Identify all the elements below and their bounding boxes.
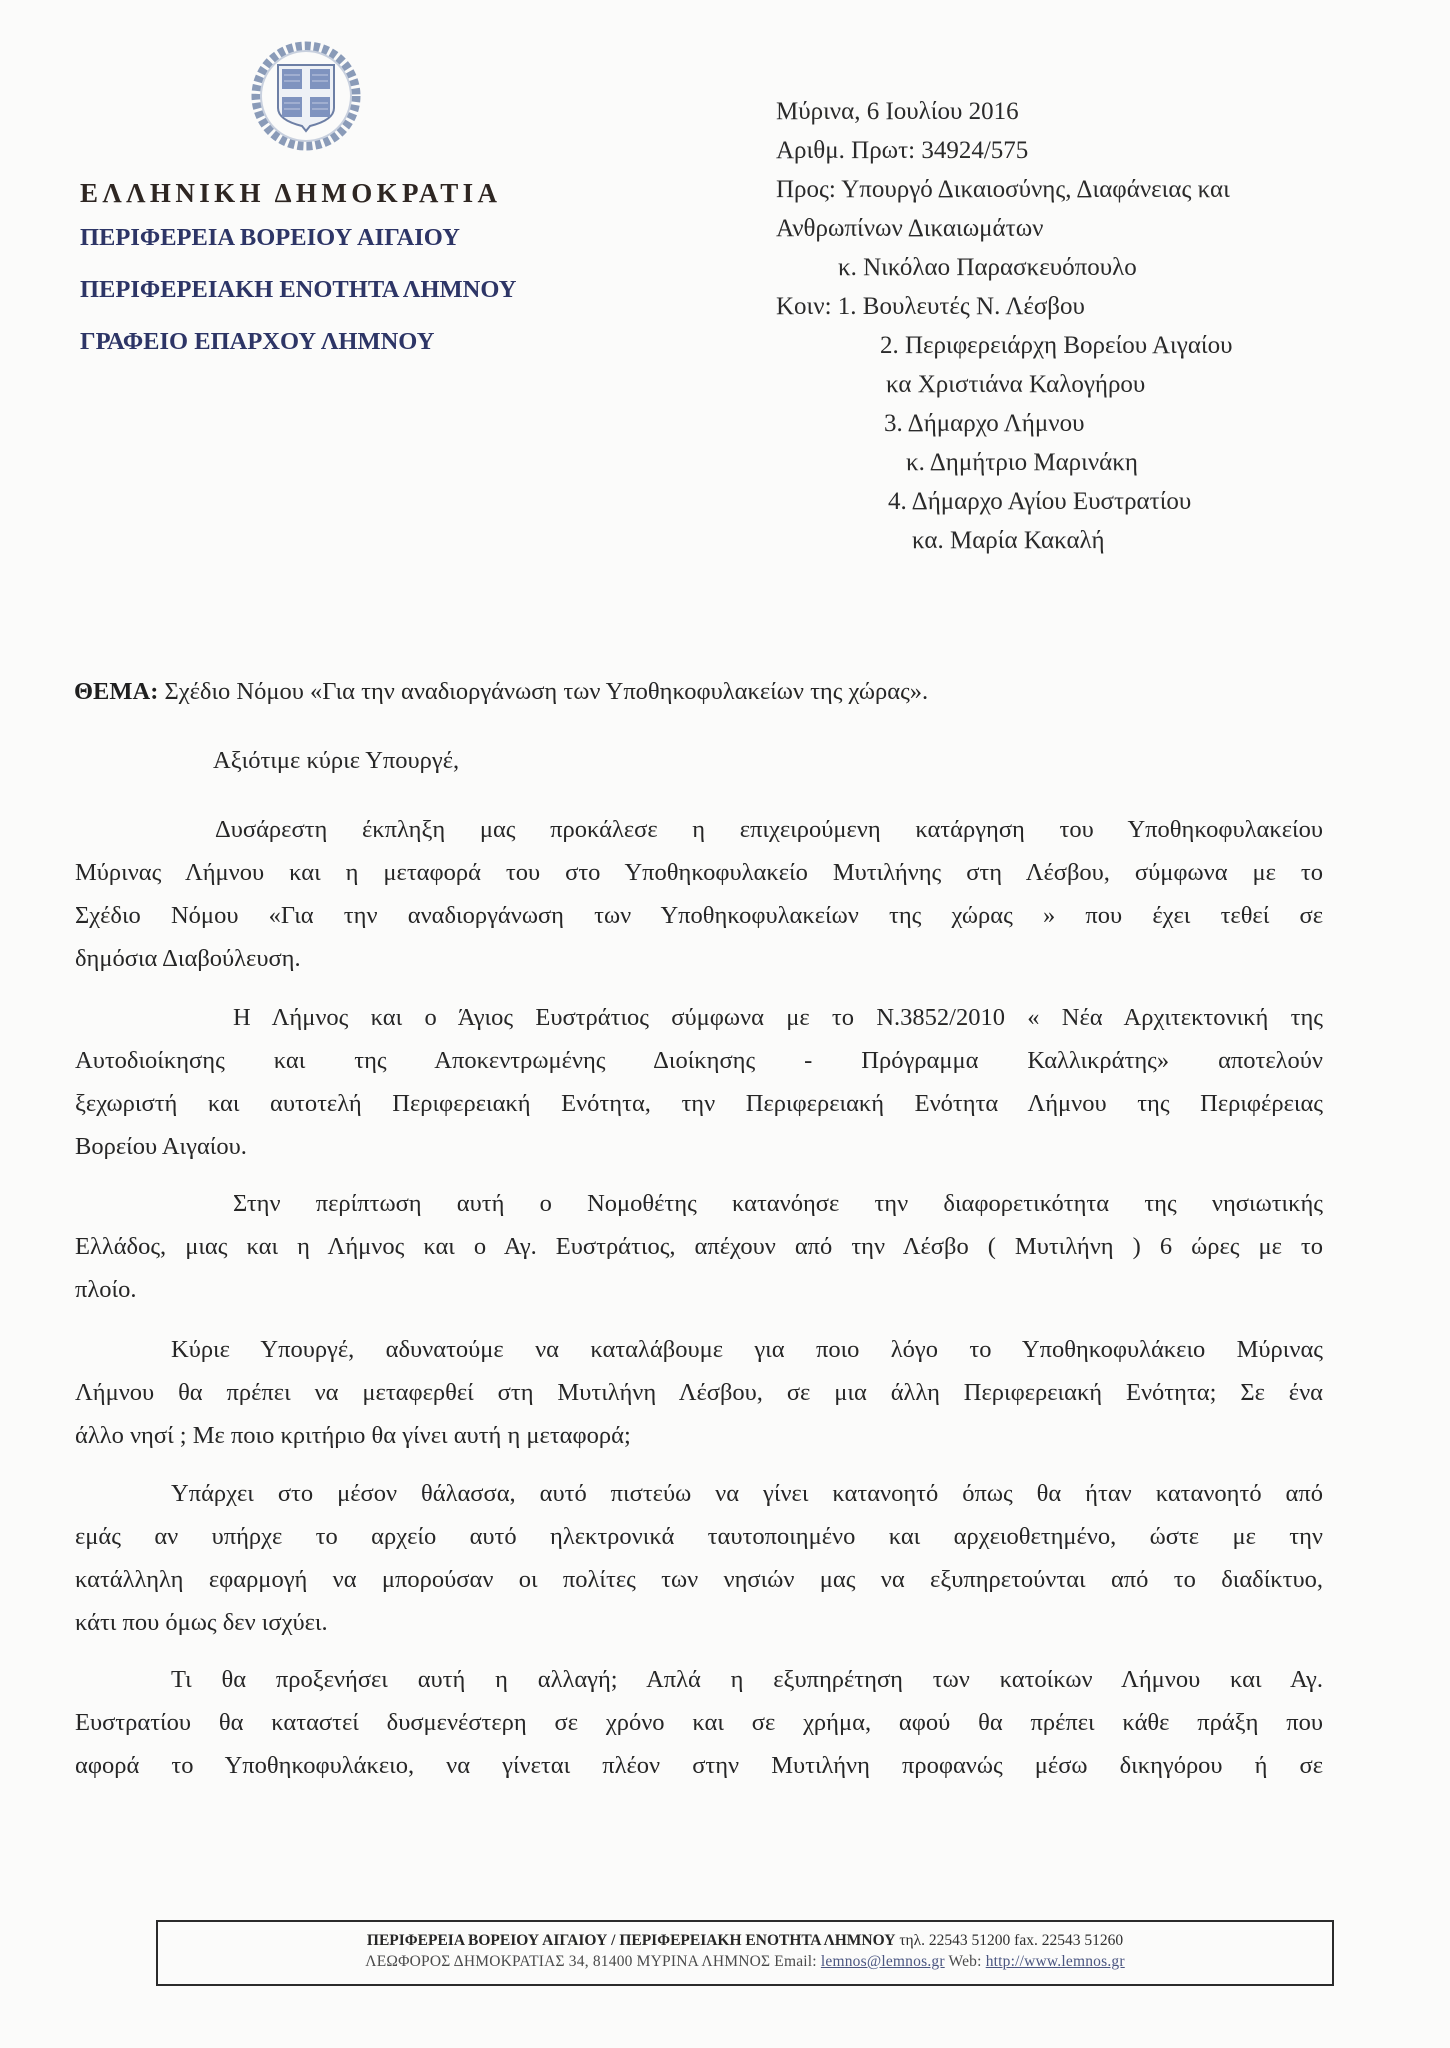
cc-line: 4. Δήμαρχο Αγίου Ευστρατίου (776, 482, 1233, 521)
footer-address: ΛΕΩΦΟΡΟΣ ΔΗΜΟΚΡΑΤΙΑΣ 34, 81400 ΜΥΡΙΝΑ ΛΗ… (365, 1953, 821, 1970)
to-line: Ανθρωπίνων Δικαιωμάτων (776, 209, 1233, 248)
recipient-block: Μύρινα, 6 Ιουλίου 2016 Αριθμ. Πρωτ: 3492… (776, 92, 1233, 560)
body-line: Δυσάρεστη έκπληξη μας προκάλεσε η επιχει… (75, 810, 1323, 850)
body-line: εμάς αν υπήρχε το αρχείο αυτό ηλεκτρονικ… (75, 1517, 1323, 1557)
subject-text: Σχέδιο Νόμου «Για την αναδιοργάνωση των … (158, 678, 928, 705)
body-line: Υπάρχει στο μέσον θάλασσα, αυτό πιστεύω … (75, 1474, 1323, 1514)
regional-unit-name: ΠΕΡΙΦΕΡΕΙΑΚΗ ΕΝΟΤΗΤΑ ΛΗΜΝΟΥ (80, 268, 516, 312)
body-line: Ευστρατίου θα καταστεί δυσμενέστερη σε χ… (75, 1703, 1323, 1743)
body-line: Κύριε Υπουργέ, αδυνατούμε να καταλάβουμε… (75, 1330, 1323, 1370)
subject-label: ΘΕΜΑ: (74, 678, 158, 705)
footer-web-label: Web: (945, 1953, 986, 1970)
cc-line: κ. Δημήτριο Μαρινάκη (776, 443, 1233, 482)
greek-coat-of-arms-icon (248, 38, 364, 154)
body-line: Στην περίπτωση αυτή ο Νομοθέτης κατανόησ… (75, 1184, 1323, 1224)
to-line: Προς: Υπουργό Δικαιοσύνης, Διαφάνειας κα… (776, 170, 1233, 209)
to-line: κ. Νικόλαο Παρασκευόπουλο (776, 248, 1233, 287)
body-line: Τι θα προξενήσει αυτή η αλλαγή; Απλά η ε… (75, 1660, 1323, 1700)
region-name: ΠΕΡΙΦΕΡΕΙΑ ΒΟΡΕΙΟΥ ΑΙΓΑΙΟΥ (80, 216, 516, 260)
body-line: Λήμνου θα πρέπει να μεταφερθεί στη Μυτιλ… (75, 1373, 1323, 1413)
footer-web-link[interactable]: http://www.lemnos.gr (986, 1953, 1125, 1970)
footer-org-line: ΠΕΡΙΦΕΡΕΙΑ ΒΟΡΕΙΟΥ ΑΙΓΑΙΟΥ / ΠΕΡΙΦΕΡΕΙΑΚ… (158, 1932, 1332, 1950)
body-line: άλλο νησί ; Με ποιο κριτήριο θα γίνει αυ… (75, 1416, 1323, 1456)
body-line: Μύρινας Λήμνου και η μεταφορά του στο Υπ… (75, 853, 1323, 893)
body-line: Η Λήμνος και ο Άγιος Ευστράτιος σύμφωνα … (75, 998, 1323, 1038)
body-line: Σχέδιο Νόμου «Για την αναδιοργάνωση των … (75, 896, 1323, 936)
cc-line: Κοιν: 1. Βουλευτές Ν. Λέσβου (776, 287, 1233, 326)
body-line: αφορά το Υποθηκοφυλάκειο, να γίνεται πλέ… (75, 1746, 1323, 1786)
office-name: ΓΡΑΦΕΙΟ ΕΠΑΡΧΟΥ ΛΗΜΝΟΥ (80, 320, 516, 364)
protocol-number: Αριθμ. Πρωτ: 34924/575 (776, 131, 1233, 170)
footer-org: ΠΕΡΙΦΕΡΕΙΑ ΒΟΡΕΙΟΥ ΑΙΓΑΙΟΥ / ΠΕΡΙΦΕΡΕΙΑΚ… (367, 1932, 896, 1949)
body-line: Αυτοδιοίκησης και της Αποκεντρωμένης Διο… (75, 1041, 1323, 1081)
issuer-block: ΕΛΛΗΝΙΚΗ ΔΗΜΟΚΡΑΤΙΑ ΠΕΡΙΦΕΡΕΙΑ ΒΟΡΕΙΟΥ Α… (80, 170, 516, 364)
body-line: δημόσια Διαβούλευση. (75, 939, 1323, 979)
body-line: κατάλληλη εφαρμογή να μπορούσαν οι πολίτ… (75, 1560, 1323, 1600)
cc-line: 3. Δήμαρχο Λήμνου (776, 404, 1233, 443)
date-line: Μύρινα, 6 Ιουλίου 2016 (776, 92, 1233, 131)
footer-address-line: ΛΕΩΦΟΡΟΣ ΔΗΜΟΚΡΑΤΙΑΣ 34, 81400 ΜΥΡΙΝΑ ΛΗ… (158, 1953, 1332, 1971)
body-line: πλοίο. (75, 1270, 1323, 1310)
body-line: Βορείου Αιγαίου. (75, 1127, 1323, 1167)
letterhead-footer: ΠΕΡΙΦΕΡΕΙΑ ΒΟΡΕΙΟΥ ΑΙΓΑΙΟΥ / ΠΕΡΙΦΕΡΕΙΑΚ… (156, 1920, 1334, 1986)
cc-line: 2. Περιφερειάρχη Βορείου Αιγαίου (776, 326, 1233, 365)
cc-line: κα. Μαρία Κακαλή (776, 521, 1233, 560)
body-line: ξεχωριστή και αυτοτελή Περιφερειακή Ενότ… (75, 1084, 1323, 1124)
footer-phone-fax: τηλ. 22543 51200 fax. 22543 51260 (895, 1932, 1123, 1949)
country-name: ΕΛΛΗΝΙΚΗ ΔΗΜΟΚΡΑΤΙΑ (80, 170, 516, 216)
body-line: Ελλάδος, μιας και η Λήμνος και ο Αγ. Ευσ… (75, 1227, 1323, 1267)
salutation: Αξιότιμε κύριε Υπουργέ, (75, 741, 1323, 781)
cc-line: κα Χριστιάνα Καλογήρου (776, 365, 1233, 404)
body-line: κάτι που όμως δεν ισχύει. (75, 1603, 1323, 1643)
footer-email-link[interactable]: lemnos@lemnos.gr (821, 1953, 945, 1970)
subject-line: ΘΕΜΑ: Σχέδιο Νόμου «Για την αναδιοργάνωσ… (74, 678, 928, 706)
